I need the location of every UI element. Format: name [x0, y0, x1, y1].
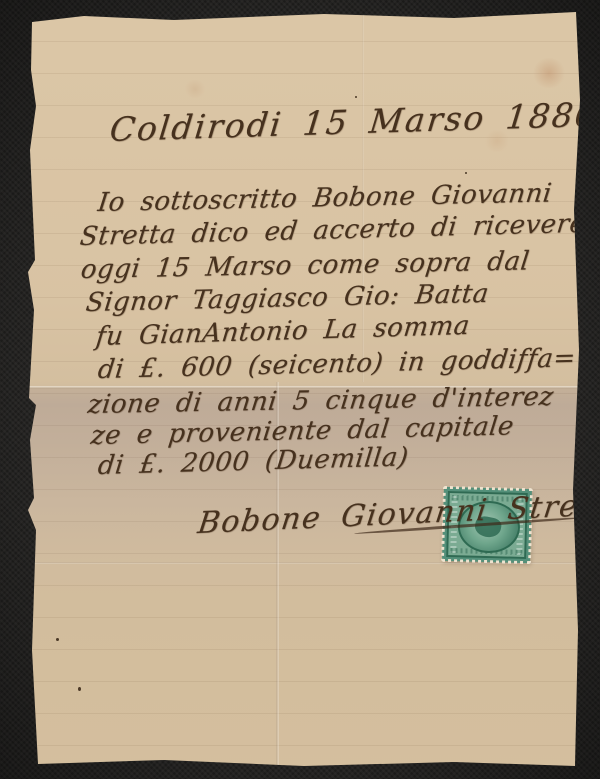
paper-speck	[56, 638, 59, 641]
foxing-stain	[532, 58, 566, 88]
paper-speck	[355, 96, 357, 98]
document-paper: Coldirodi 15 Marso 1886 Io sottoscritto …	[24, 10, 584, 768]
photo-background: Coldirodi 15 Marso 1886 Io sottoscritto …	[0, 0, 600, 779]
foxing-stain	[184, 80, 206, 98]
handwritten-line: fu GianAntonio La somma	[94, 311, 471, 352]
paper-speck	[465, 172, 467, 174]
date-line: Coldirodi 15 Marso 1886	[108, 95, 600, 149]
paper-speck	[78, 687, 81, 691]
